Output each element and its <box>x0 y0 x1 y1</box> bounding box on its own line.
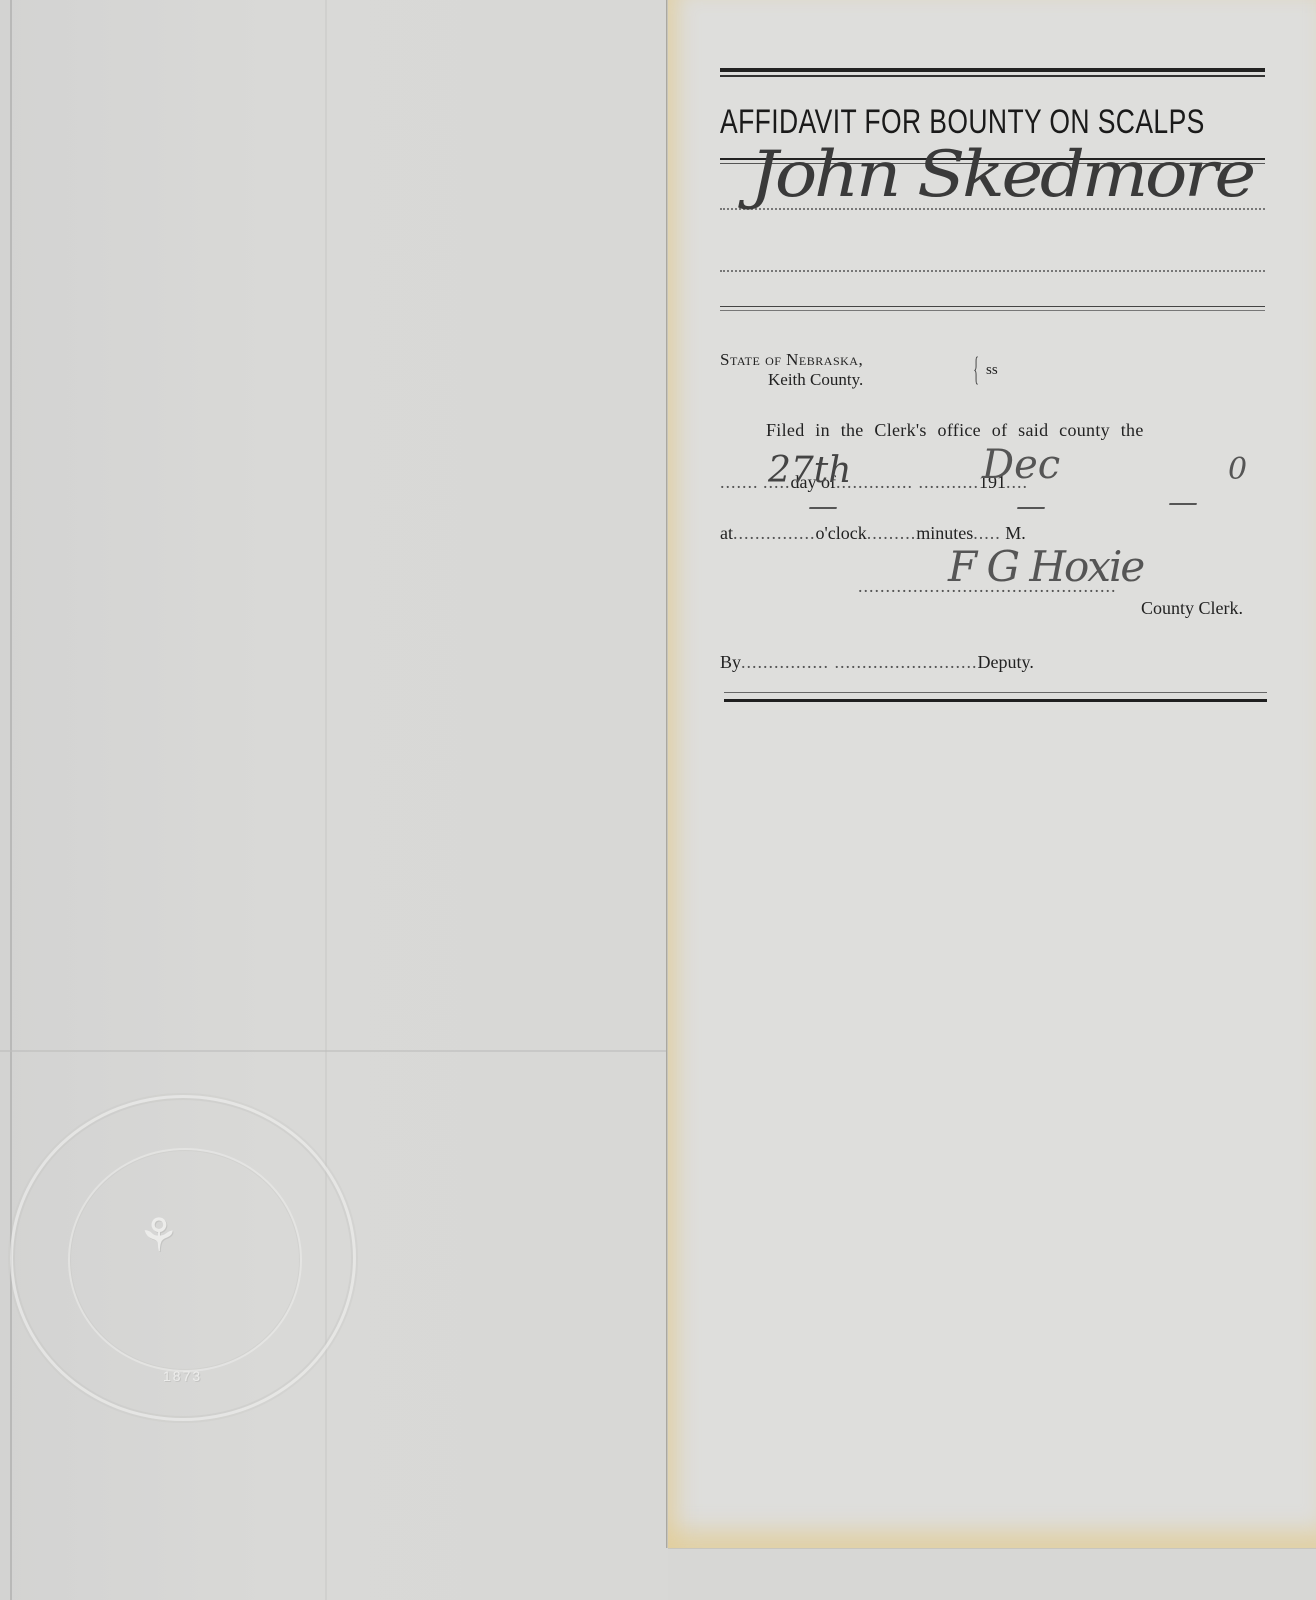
clerk-signature-line: ........................................… <box>720 576 1265 597</box>
section-rule-2 <box>720 310 1265 311</box>
venue-county: Keith County. <box>720 370 863 390</box>
embossed-seal: ⚘ 1873 <box>10 1095 356 1421</box>
minutes-label: minutes <box>916 523 973 543</box>
seal-year: 1873 <box>163 1368 202 1384</box>
scanned-document: ⚘ 1873 AFFIDAVIT FOR BOUNTY ON SCALPS Jo… <box>0 0 1316 1600</box>
month-handwritten: Dec <box>982 442 1060 488</box>
at-label: at <box>720 523 733 543</box>
brace-icon: { <box>973 352 979 388</box>
hour-handwritten: — <box>808 489 838 524</box>
bottom-rules <box>724 692 1267 702</box>
seal-inner-ring <box>68 1148 302 1372</box>
page-edge-line <box>10 0 12 1600</box>
day-handwritten: 27th <box>768 450 851 491</box>
top-rule-thin <box>720 75 1265 77</box>
filing-time-line: at...............o'clock.........minutes… <box>720 523 1265 544</box>
seal-emblem-icon: ⚘ <box>138 1208 179 1262</box>
meridiem-handwritten: — <box>1168 485 1198 520</box>
deputy-line: By................ .....................… <box>720 652 1265 673</box>
venue-ss: ss <box>986 360 998 380</box>
clerk-signature-handwritten: F G Hoxie <box>948 542 1143 591</box>
minutes-handwritten: — <box>1016 489 1046 524</box>
filed-statement: Filed in the Clerk's office of said coun… <box>720 420 1265 441</box>
deputy-label: Deputy. <box>978 652 1034 672</box>
bottom-rule-thick <box>724 699 1267 702</box>
scanner-background-strip <box>668 1548 1316 1600</box>
venue-block: State of Nebraska, Keith County. { ss <box>720 350 863 390</box>
meridiem-label: M. <box>1005 523 1026 543</box>
affidavit-form: AFFIDAVIT FOR BOUNTY ON SCALPS John Sked… <box>720 68 1265 311</box>
venue-state: State of Nebraska, <box>720 350 863 370</box>
by-label: By <box>720 652 741 672</box>
document-title: AFFIDAVIT FOR BOUNTY ON SCALPS <box>720 103 1266 142</box>
fold-crease-horizontal <box>0 1050 668 1052</box>
oclock-label: o'clock <box>816 523 867 543</box>
back-page: ⚘ 1873 <box>0 0 668 1600</box>
fold-crease-vertical <box>325 0 327 1600</box>
county-clerk-label: County Clerk. <box>720 598 1265 619</box>
affiant-name-handwritten: John Skedmore <box>750 138 1253 212</box>
year-handwritten: 0 <box>1228 452 1247 487</box>
